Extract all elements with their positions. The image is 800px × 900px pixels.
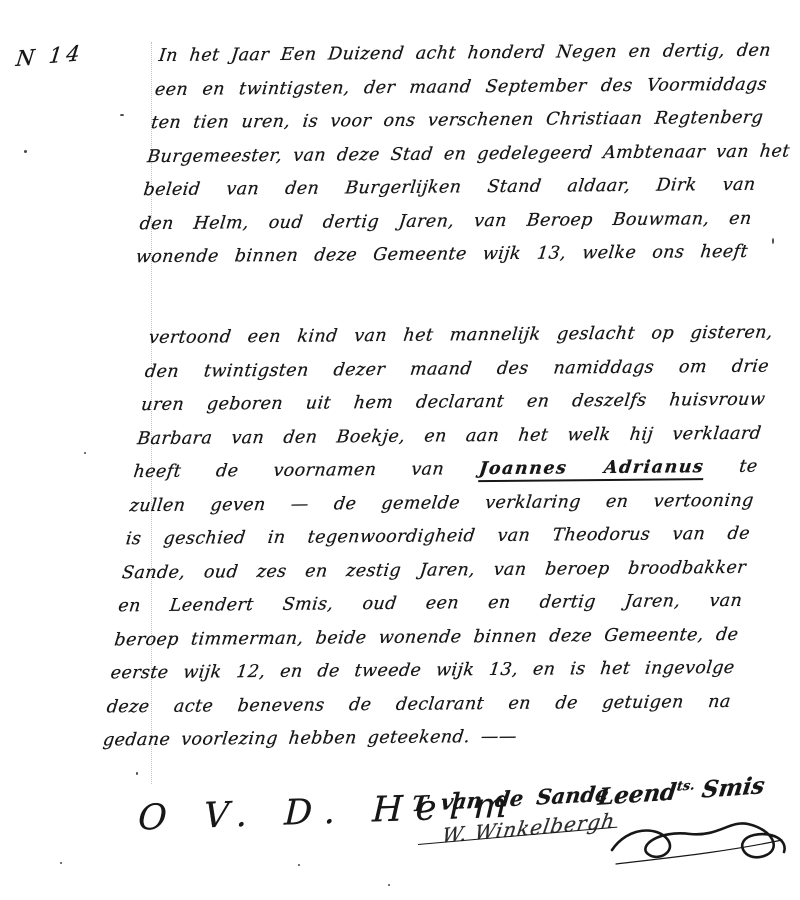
manuscript-line: Sande, oud zes en zestig Jaren, van bero…: [119, 557, 747, 596]
child-name-underlined: Joannes Adrianus: [478, 457, 706, 482]
manuscript-line: beroep timmerman, beide wonende binnen d…: [112, 624, 740, 663]
scan-speck: [24, 150, 27, 153]
act-number: N 14: [15, 41, 86, 71]
scan-speck: [388, 884, 390, 886]
scan-speck: [60, 862, 62, 864]
manuscript-line: is geschied in tegenwoordigheid van Theo…: [123, 524, 751, 563]
scan-speck: [120, 114, 124, 116]
manuscript-line: ten tien uren, is voor ons verschenen Ch…: [149, 108, 765, 147]
manuscript-line: eerste wijk 12, en de tweede wijk 13, en…: [108, 658, 736, 697]
signature-witness-smis-base: Leend: [596, 778, 678, 811]
act-opening-paragraph: In het Jaar Een Duizend acht honderd Neg…: [133, 41, 772, 281]
manuscript-line: wonende binnen deze Gemeente wijk 13, we…: [133, 242, 749, 281]
signature-witness-smis-rest: Smis: [692, 772, 766, 804]
signature-witness-smis: Leendts. Smis: [596, 772, 766, 811]
manuscript-line: en Leendert Smis, oud een en dertig Jare…: [116, 591, 744, 630]
manuscript-line-child-name: heeft de voornamen van Joannes Adrianus …: [131, 457, 759, 496]
manuscript-line: beleid van den Burgerlijken Stand aldaar…: [141, 175, 757, 214]
scan-speck: [772, 238, 774, 244]
scanned-document-page: N 14 In het Jaar Een Duizend acht honder…: [0, 0, 800, 900]
manuscript-line: den twintigsten dezer maand des namiddag…: [142, 356, 770, 395]
manuscript-line: uren geboren uit hem declarant en deszel…: [139, 390, 767, 429]
pen-flourish-paraph: [606, 810, 792, 870]
manuscript-line: den Helm, oud dertig Jaren, van Beroep B…: [137, 208, 753, 247]
manuscript-line: deze acte benevens de declarant en de ge…: [104, 691, 732, 730]
scan-speck: [84, 452, 86, 454]
manuscript-line: Burgemeester, van deze Stad en gedelegee…: [145, 141, 761, 180]
manuscript-line: zullen geven — de gemelde verklaring en …: [127, 490, 755, 529]
manuscript-line: In het Jaar Een Duizend acht honderd Neg…: [156, 41, 772, 80]
manuscript-line: vertoond een kind van het mannelijk gesl…: [146, 323, 774, 362]
manuscript-closing-line: gedane voorlezing hebben geteekend. ——: [100, 725, 728, 764]
scan-speck: [136, 772, 138, 775]
scan-speck: [298, 864, 300, 866]
manuscript-line: Barbara van den Boekje, en aan het welk …: [135, 423, 763, 462]
name-line-prefix: heeft de voornamen van: [132, 459, 480, 482]
act-body-paragraph: vertoond een kind van het mannelijk gesl…: [100, 323, 774, 764]
name-line-suffix: te: [703, 457, 758, 477]
manuscript-line: een en twintigsten, der maand September …: [152, 74, 768, 113]
